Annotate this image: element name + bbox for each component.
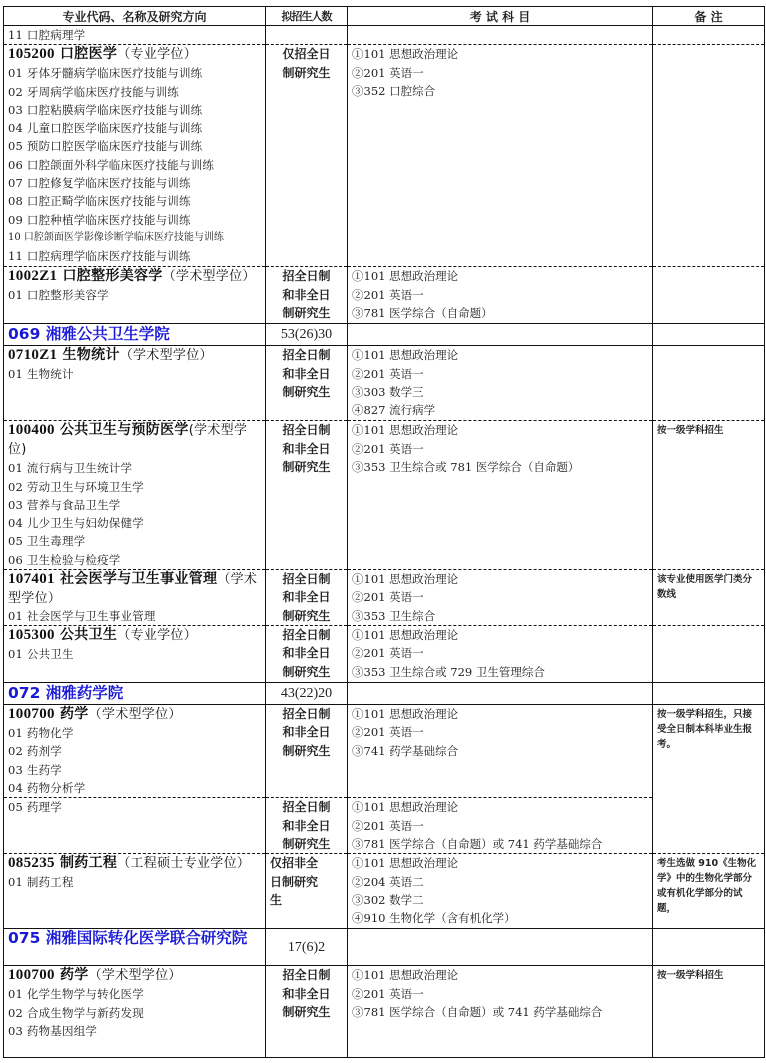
college-row: 072 湘雅药学院 43(22)20 [4, 683, 765, 705]
quota-value: 17(6)2 [270, 937, 343, 958]
study-mode: 制研究生 [270, 663, 343, 681]
major-cell: 105200 口腔医学（专业学位） 01 牙体牙髓病学临床医疗技能与训练 02 … [4, 45, 266, 267]
major-cell: 105300 公共卫生（专业学位） 01 公共卫生 [4, 626, 266, 683]
direction-item: 01 生物统计 [8, 365, 261, 383]
quota-cell: 17(6)2 [266, 929, 348, 966]
exam-subject: ①101 思想政治理论 [352, 798, 648, 816]
exam-subject: ②201 英语一 [352, 817, 648, 835]
quota-cell: 招全日制 和非全日 制研究生 [266, 798, 348, 854]
direction-item: 01 口腔整形美容学 [8, 286, 261, 304]
study-mode: 制研究生 [270, 383, 343, 401]
exam-subject: ③353 卫生综合或 729 卫生管理综合 [352, 663, 648, 681]
major-title: 1002Z1 口腔整形美容学（学术型学位） [8, 267, 261, 286]
exam-subject: ③303 数学三 [352, 383, 648, 401]
direction-item: 01 牙体牙髓病学临床医疗技能与训练 [8, 64, 261, 82]
exam-cell [348, 683, 653, 705]
exam-subject: ②201 英语一 [352, 985, 648, 1003]
study-mode: 和非全日 [270, 723, 343, 741]
exam-cell: ①101 思想政治理论 ②204 英语二 ③302 数学二 ④910 生物化学（… [348, 854, 653, 929]
note-cell: 该专业使用医学门类分数线 [653, 570, 765, 626]
study-mode: 和非全日 [270, 440, 343, 458]
quota-cell: 仅招非全 日制研究 生 [266, 854, 348, 929]
note-cell [653, 267, 765, 324]
study-mode: 生 [270, 891, 343, 909]
major-cell: 100700 药学（学术型学位） 01 药物化学 02 药剂学 03 生药学 0… [4, 705, 266, 798]
study-mode: 招全日制 [270, 798, 343, 816]
direction-item: 08 口腔正畸学临床医疗技能与训练 [8, 192, 261, 210]
table-row: 107401 社会医学与卫生事业管理（学术型学位） 01 社会医学与卫生事业管理… [4, 570, 765, 626]
exam-subject: ①101 思想政治理论 [352, 705, 648, 723]
college-cell: 072 湘雅药学院 [4, 683, 266, 705]
table-row: 085235 制药工程（工程硕士专业学位） 01 制药工程 仅招非全 日制研究 … [4, 854, 765, 929]
quota-cell: 招全日制 和非全日 制研究生 [266, 966, 348, 1058]
study-mode: 制研究生 [270, 64, 343, 82]
direction-item: 05 卫生毒理学 [8, 532, 261, 550]
major-title: 100400 公共卫生与预防医学(学术型学位) [8, 421, 261, 459]
header-quota: 拟招生人数 [266, 7, 348, 26]
exam-subject: ①101 思想政治理论 [352, 626, 648, 644]
exam-cell: ①101 思想政治理论 ②201 英语一 ③353 卫生综合或 781 医学综合… [348, 421, 653, 570]
study-mode: 招全日制 [270, 267, 343, 285]
note-cell [653, 45, 765, 267]
study-mode: 和非全日 [270, 286, 343, 304]
direction-item: 03 药物基因组学 [8, 1022, 261, 1040]
study-mode: 和非全日 [270, 985, 343, 1003]
note-cell: 按一级学科招生 [653, 421, 765, 570]
note-cell [653, 346, 765, 421]
direction-item: 04 儿童口腔医学临床医疗技能与训练 [8, 119, 261, 137]
exam-subject: ②204 英语二 [352, 873, 648, 891]
exam-subject: ③353 卫生综合或 781 医学综合（自命题） [352, 458, 648, 476]
study-mode: 仅招非全 [270, 854, 343, 872]
exam-subject: ①101 思想政治理论 [352, 570, 648, 588]
exam-subject: ④910 生物化学（含有机化学） [352, 909, 648, 927]
major-cell: 085235 制药工程（工程硕士专业学位） 01 制药工程 [4, 854, 266, 929]
note-cell [653, 929, 765, 966]
college-title: 072 湘雅药学院 [8, 683, 261, 703]
exam-subject: ①101 思想政治理论 [352, 966, 648, 984]
study-mode: 招全日制 [270, 346, 343, 364]
exam-subject: ②201 英语一 [352, 723, 648, 741]
table-row: 11 口腔病理学 [4, 26, 765, 45]
study-mode: 招全日制 [270, 626, 343, 644]
quota-cell: 53(26)30 [266, 324, 348, 346]
college-cell: 075 湘雅国际转化医学联合研究院 [4, 929, 266, 966]
direction-item: 01 药物化学 [8, 724, 261, 742]
note-cell [653, 324, 765, 346]
direction-item: 01 化学生物学与转化医学 [8, 985, 261, 1003]
college-cell: 069 湘雅公共卫生学院 [4, 324, 266, 346]
quota-cell: 招全日制 和非全日 制研究生 [266, 626, 348, 683]
exam-cell: ①101 思想政治理论 ②201 英语一 ③352 口腔综合 [348, 45, 653, 267]
exam-subject: ②201 英语一 [352, 64, 648, 82]
exam-subject: ③353 卫生综合 [352, 607, 648, 625]
quota-cell: 仅招全日 制研究生 [266, 45, 348, 267]
header-major: 专业代码、名称及研究方向 [4, 7, 266, 26]
note-cell: 按一级学科招生，只接受全日制本科毕业生报考。 [653, 705, 765, 854]
major-cell: 05 药理学 [4, 798, 266, 854]
direction-item: 01 流行病与卫生统计学 [8, 459, 261, 477]
table-row: 100400 公共卫生与预防医学(学术型学位) 01 流行病与卫生统计学 02 … [4, 421, 765, 570]
direction-item: 11 口腔病理学 [8, 26, 261, 44]
direction-item: 02 合成生物学与新药发现 [8, 1004, 261, 1022]
major-title: 085235 制药工程（工程硕士专业学位） [8, 854, 261, 873]
quota-cell: 招全日制 和非全日 制研究生 [266, 346, 348, 421]
college-row: 069 湘雅公共卫生学院 53(26)30 [4, 324, 765, 346]
exam-subject: ②201 英语一 [352, 644, 648, 662]
study-mode: 和非全日 [270, 588, 343, 606]
quota-cell: 招全日制 和非全日 制研究生 [266, 705, 348, 798]
quota-cell: 招全日制 和非全日 制研究生 [266, 267, 348, 324]
exam-cell: ①101 思想政治理论 ②201 英语一 ③353 卫生综合或 729 卫生管理… [348, 626, 653, 683]
table-row: 0710Z1 生物统计（学术型学位） 01 生物统计 招全日制 和非全日 制研究… [4, 346, 765, 421]
study-mode: 制研究生 [270, 835, 343, 853]
major-cell: 0710Z1 生物统计（学术型学位） 01 生物统计 [4, 346, 266, 421]
exam-cell: ①101 思想政治理论 ②201 英语一 ③781 医学综合（自命题）或 741… [348, 966, 653, 1058]
header-note: 备 注 [653, 7, 765, 26]
exam-subject: ②201 英语一 [352, 365, 648, 383]
direction-item: 09 口腔种植学临床医疗技能与训练 [8, 211, 261, 229]
study-mode: 制研究生 [270, 458, 343, 476]
exam-cell [348, 324, 653, 346]
direction-item: 01 社会医学与卫生事业管理 [8, 608, 261, 624]
exam-cell: ①101 思想政治理论 ②201 英语一 ③303 数学三 ④827 流行病学 [348, 346, 653, 421]
study-mode: 招全日制 [270, 705, 343, 723]
table-row: 1002Z1 口腔整形美容学（学术型学位） 01 口腔整形美容学 招全日制 和非… [4, 267, 765, 324]
table-row: 105200 口腔医学（专业学位） 01 牙体牙髓病学临床医疗技能与训练 02 … [4, 45, 765, 267]
remark: 按一级学科招生，只接受全日制本科毕业生报考。 [657, 705, 760, 752]
exam-subject: ③781 医学综合（自命题） [352, 304, 648, 322]
exam-cell: ①101 思想政治理论 ②201 英语一 ③781 医学综合（自命题）或 741… [348, 798, 653, 854]
study-mode: 制研究生 [270, 1003, 343, 1021]
quota-cell: 招全日制 和非全日 制研究生 [266, 570, 348, 626]
study-mode: 和非全日 [270, 817, 343, 835]
exam-subject: ③352 口腔综合 [352, 82, 648, 100]
study-mode: 和非全日 [270, 365, 343, 383]
direction-item: 03 生药学 [8, 761, 261, 779]
exam-subject: ④827 流行病学 [352, 401, 648, 419]
exam-subject: ①101 思想政治理论 [352, 45, 648, 63]
exam-subject: ①101 思想政治理论 [352, 854, 648, 872]
exam-subject: ③781 医学综合（自命题）或 741 药学基础综合 [352, 1003, 648, 1021]
study-mode: 招全日制 [270, 421, 343, 439]
direction-item: 02 牙周病学临床医疗技能与训练 [8, 83, 261, 101]
remark: 按一级学科招生 [657, 966, 760, 983]
header-exam: 考 试 科 目 [348, 7, 653, 26]
major-cell: 1002Z1 口腔整形美容学（学术型学位） 01 口腔整形美容学 [4, 267, 266, 324]
exam-subject: ①101 思想政治理论 [352, 346, 648, 364]
remark: 考生选做 910《生物化学》中的生物化学部分或有机化学部分的试题， [657, 854, 760, 916]
quota-value: 53(26)30 [270, 324, 343, 345]
table-row: 100700 药学（学术型学位） 01 药物化学 02 药剂学 03 生药学 0… [4, 705, 765, 798]
college-row: 075 湘雅国际转化医学联合研究院 17(6)2 [4, 929, 765, 966]
direction-item: 02 药剂学 [8, 742, 261, 760]
direction-item: 03 营养与食品卫生学 [8, 496, 261, 514]
note-cell: 按一级学科招生 [653, 966, 765, 1058]
remark: 按一级学科招生 [657, 421, 760, 438]
exam-cell [348, 26, 653, 45]
direction-item: 06 口腔颌面外科学临床医疗技能与训练 [8, 156, 261, 174]
exam-cell: ①101 思想政治理论 ②201 英语一 ③353 卫生综合 [348, 570, 653, 626]
college-title: 075 湘雅国际转化医学联合研究院 [8, 929, 261, 946]
exam-subject: ②201 英语一 [352, 286, 648, 304]
exam-subject: ③781 医学综合（自命题）或 741 药学基础综合 [352, 835, 648, 853]
exam-cell: ①101 思想政治理论 ②201 英语一 ③741 药学基础综合 [348, 705, 653, 798]
direction-item: 06 卫生检验与检疫学 [8, 551, 261, 569]
major-title: 107401 社会医学与卫生事业管理（学术型学位） [8, 570, 261, 608]
direction-item: 04 药物分析学 [8, 779, 261, 797]
major-title: 100700 药学（学术型学位） [8, 705, 261, 724]
quota-value: 43(22)20 [270, 683, 343, 704]
direction-item: 07 口腔修复学临床医疗技能与训练 [8, 174, 261, 192]
exam-subject: ③741 药学基础综合 [352, 742, 648, 760]
direction-item: 05 药理学 [8, 798, 261, 816]
quota-cell: 43(22)20 [266, 683, 348, 705]
study-mode: 和非全日 [270, 644, 343, 662]
note-cell: 考生选做 910《生物化学》中的生物化学部分或有机化学部分的试题， [653, 854, 765, 929]
direction-item: 01 制药工程 [8, 873, 261, 891]
direction-item: 03 口腔粘膜病学临床医疗技能与训练 [8, 101, 261, 119]
exam-cell [348, 929, 653, 966]
study-mode: 制研究生 [270, 607, 343, 625]
major-cell: 11 口腔病理学 [4, 26, 266, 45]
table-row: 05 药理学 招全日制 和非全日 制研究生 ①101 思想政治理论 ②201 英… [4, 798, 765, 854]
major-title: 105200 口腔医学（专业学位） [8, 45, 261, 64]
table-row: 100700 药学（学术型学位） 01 化学生物学与转化医学 02 合成生物学与… [4, 966, 765, 1058]
study-mode: 仅招全日 [270, 45, 343, 63]
direction-item: 11 口腔病理学临床医疗技能与训练 [8, 247, 261, 265]
college-title: 069 湘雅公共卫生学院 [8, 324, 261, 344]
admissions-table: 专业代码、名称及研究方向 拟招生人数 考 试 科 目 备 注 11 口腔病理学 … [3, 6, 765, 1058]
major-title: 105300 公共卫生（专业学位） [8, 626, 261, 645]
exam-subject: ③302 数学二 [352, 891, 648, 909]
direction-item: 10 口腔颌面医学影像诊断学临床医疗技能与训练 [8, 229, 261, 247]
quota-cell: 招全日制 和非全日 制研究生 [266, 421, 348, 570]
exam-subject: ②201 英语一 [352, 588, 648, 606]
exam-subject: ①101 思想政治理论 [352, 267, 648, 285]
major-title: 0710Z1 生物统计（学术型学位） [8, 346, 261, 365]
note-cell [653, 683, 765, 705]
major-title: 100700 药学（学术型学位） [8, 966, 261, 985]
major-cell: 107401 社会医学与卫生事业管理（学术型学位） 01 社会医学与卫生事业管理 [4, 570, 266, 626]
major-cell: 100400 公共卫生与预防医学(学术型学位) 01 流行病与卫生统计学 02 … [4, 421, 266, 570]
table-header-row: 专业代码、名称及研究方向 拟招生人数 考 试 科 目 备 注 [4, 7, 765, 26]
study-mode: 招全日制 [270, 966, 343, 984]
table-row: 105300 公共卫生（专业学位） 01 公共卫生 招全日制 和非全日 制研究生… [4, 626, 765, 683]
study-mode: 招全日制 [270, 570, 343, 588]
study-mode: 制研究生 [270, 304, 343, 322]
major-cell: 100700 药学（学术型学位） 01 化学生物学与转化医学 02 合成生物学与… [4, 966, 266, 1058]
exam-subject: ①101 思想政治理论 [352, 421, 648, 439]
exam-subject: ②201 英语一 [352, 440, 648, 458]
remark: 该专业使用医学门类分数线 [657, 570, 760, 602]
direction-item: 02 劳动卫生与环境卫生学 [8, 478, 261, 496]
study-mode: 日制研究 [270, 873, 343, 891]
study-mode: 制研究生 [270, 742, 343, 760]
note-cell [653, 26, 765, 45]
direction-item: 01 公共卫生 [8, 645, 261, 663]
note-cell [653, 626, 765, 683]
exam-cell: ①101 思想政治理论 ②201 英语一 ③781 医学综合（自命题） [348, 267, 653, 324]
quota-cell [266, 26, 348, 45]
direction-item: 05 预防口腔医学临床医疗技能与训练 [8, 137, 261, 155]
direction-item: 04 儿少卫生与妇幼保健学 [8, 514, 261, 532]
